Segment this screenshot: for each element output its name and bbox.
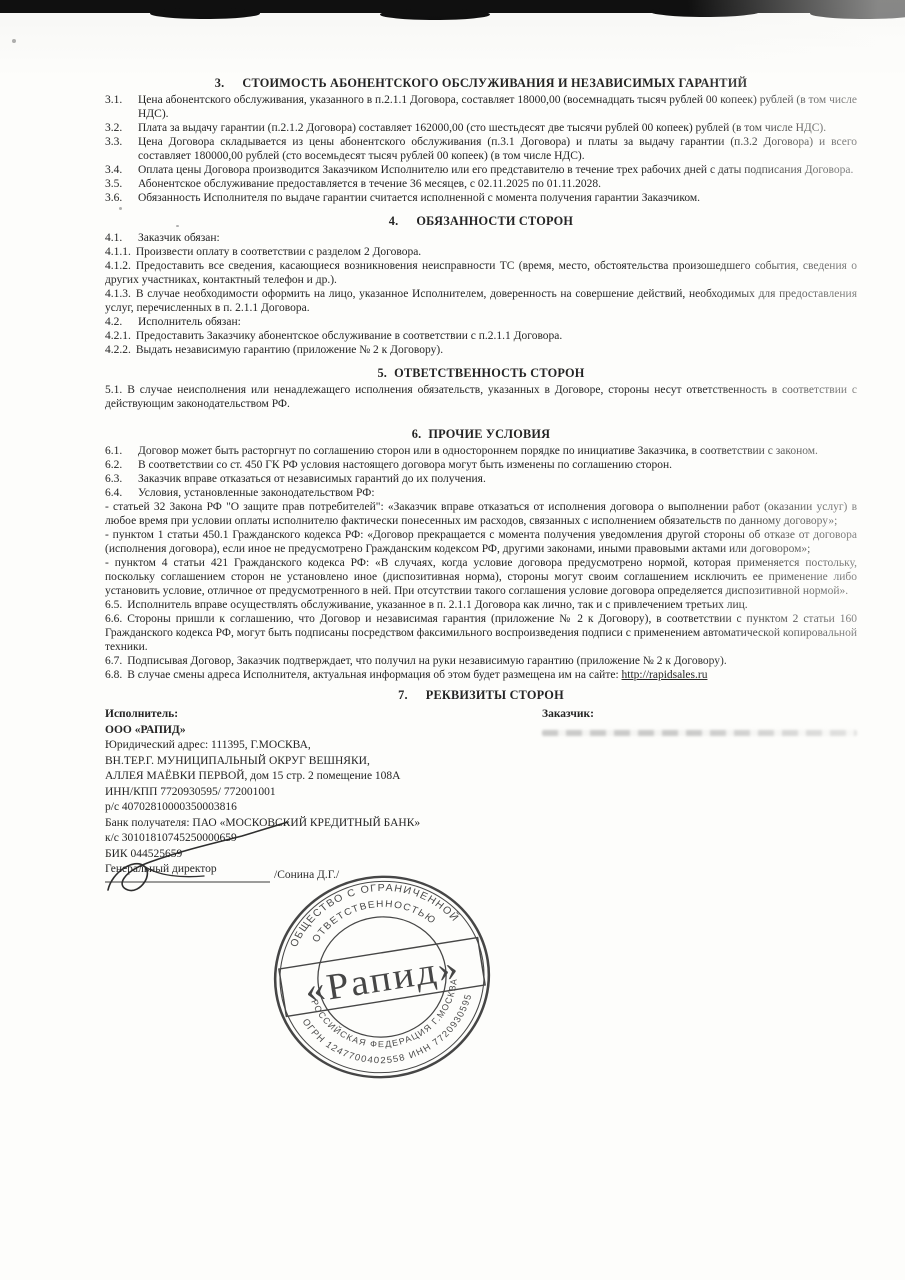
clause-6-4-bullet-2: - пунктом 1 статьи 450.1 Гражданского ко… <box>105 528 857 556</box>
section-3-heading: 3.СТОИМОСТЬ АБОНЕНТСКОГО ОБСЛУЖИВАНИЯ И … <box>105 76 857 90</box>
customer-redacted-text <box>542 730 857 736</box>
customer-label: Заказчик: <box>542 707 857 723</box>
clause-3-3: 3.3.Цена Договора складывается из цены а… <box>105 135 857 163</box>
section-7-title: РЕКВИЗИТЫ СТОРОН <box>426 688 564 702</box>
section-3-title: СТОИМОСТЬ АБОНЕНТСКОГО ОБСЛУЖИВАНИЯ И НЕ… <box>242 76 747 90</box>
clause-3-4: 3.4.Оплата цены Договора производится За… <box>105 163 857 177</box>
clause-4-2-1: 4.2.1.Предоставить Заказчику абонентское… <box>105 329 857 343</box>
clause-6-3: 6.3.Заказчик вправе отказаться от незави… <box>105 472 857 486</box>
clause-6-4-bullet-3: - пунктом 4 статьи 421 Гражданского коде… <box>105 556 857 598</box>
section-3-number: 3. <box>215 76 225 90</box>
clause-4-2: 4.2.Исполнитель обязан: <box>105 315 857 329</box>
executor-address-3: АЛЛЕЯ МАЁВКИ ПЕРВОЙ, дом 15 стр. 2 помещ… <box>105 769 542 785</box>
section-4-title: ОБЯЗАННОСТИ СТОРОН <box>416 214 573 228</box>
stamp-center-text: «Рапид» <box>302 947 463 1011</box>
executor-inn-kpp: ИНН/КПП 7720930595/ 772001001 <box>105 785 542 801</box>
clause-6-1: 6.1.Договор может быть расторгнут по сог… <box>105 444 857 458</box>
clause-4-1: 4.1.Заказчик обязан: <box>105 231 857 245</box>
website-link: http://rapidsales.ru <box>622 669 708 681</box>
scanner-edge-artifact <box>0 0 905 13</box>
section-5-number: 5. <box>377 366 387 380</box>
clause-6-8: 6.8.В случае смены адреса Исполнителя, а… <box>105 668 857 682</box>
clause-4-1-3: 4.1.3.В случае необходимости оформить на… <box>105 287 857 315</box>
clause-4-1-2: 4.1.2.Предоставить все сведения, касающи… <box>105 259 857 287</box>
clause-3-5: 3.5.Абонентское обслуживание предоставля… <box>105 177 857 191</box>
clause-6-4: 6.4.Условия, установленные законодательс… <box>105 486 857 500</box>
section-7-number: 7. <box>398 688 408 702</box>
executor-address-1: Юридический адрес: 111395, Г.МОСКВА, <box>105 738 542 754</box>
section-5-title: ОТВЕТСТВЕННОСТЬ СТОРОН <box>394 366 584 380</box>
clause-6-6: 6.6.Стороны пришли к соглашению, что Дог… <box>105 612 857 654</box>
clause-3-1: 3.1.Цена абонентского обслуживания, указ… <box>105 93 857 121</box>
executor-label: Исполнитель: <box>105 707 542 723</box>
executor-address-2: ВН.ТЕР.Г. МУНИЦИПАЛЬНЫЙ ОКРУГ ВЕШНЯКИ, <box>105 754 542 770</box>
section-6-number: 6. <box>412 427 422 441</box>
scanner-edge-artifact <box>150 8 260 19</box>
signature-stroke <box>108 822 288 891</box>
clause-4-2-2: 4.2.2.Выдать независимую гарантию (прило… <box>105 343 857 357</box>
signature-stroke <box>144 866 204 877</box>
clause-6-2: 6.2.В соответствии со ст. 450 ГК РФ усло… <box>105 458 857 472</box>
clause-6-7: 6.7.Подписывая Договор, Заказчик подтвер… <box>105 654 857 668</box>
contract-body: 3.СТОИМОСТЬ АБОНЕНТСКОГО ОБСЛУЖИВАНИЯ И … <box>105 76 857 878</box>
executor-company: ООО «РАПИД» <box>105 723 542 739</box>
clause-3-6: 3.6.Обязанность Исполнителя по выдаче га… <box>105 191 857 205</box>
company-stamp: ОБЩЕСТВО С ОГРАНИЧЕННОЙ ОТВЕТСТВЕННОСТЬЮ… <box>239 853 525 1101</box>
section-4-heading: 4.ОБЯЗАННОСТИ СТОРОН <box>105 214 857 228</box>
clause-6-5: 6.5.Исполнитель вправе осуществлять обсл… <box>105 598 857 612</box>
clause-5-1: 5.1.В случае неисполнения или ненадлежащ… <box>105 383 857 411</box>
clause-4-1-1: 4.1.1.Произвести оплату в соответствии с… <box>105 245 857 259</box>
scan-speck <box>12 39 16 43</box>
clause-6-4-bullet-1: - статьей 32 Закона РФ "О защите прав по… <box>105 500 857 528</box>
scanned-contract-page: 3.СТОИМОСТЬ АБОНЕНТСКОГО ОБСЛУЖИВАНИЯ И … <box>0 0 905 1280</box>
section-6-title: ПРОЧИЕ УСЛОВИЯ <box>428 427 550 441</box>
customer-requisites: Заказчик: <box>542 707 857 878</box>
section-7-heading: 7.РЕКВИЗИТЫ СТОРОН <box>105 688 857 702</box>
section-5-heading: 5.ОТВЕТСТВЕННОСТЬ СТОРОН <box>105 366 857 380</box>
section-4-number: 4. <box>389 214 399 228</box>
clause-3-2: 3.2.Плата за выдачу гарантии (п.2.1.2 До… <box>105 121 857 135</box>
section-6-heading: 6.ПРОЧИЕ УСЛОВИЯ <box>105 427 857 441</box>
